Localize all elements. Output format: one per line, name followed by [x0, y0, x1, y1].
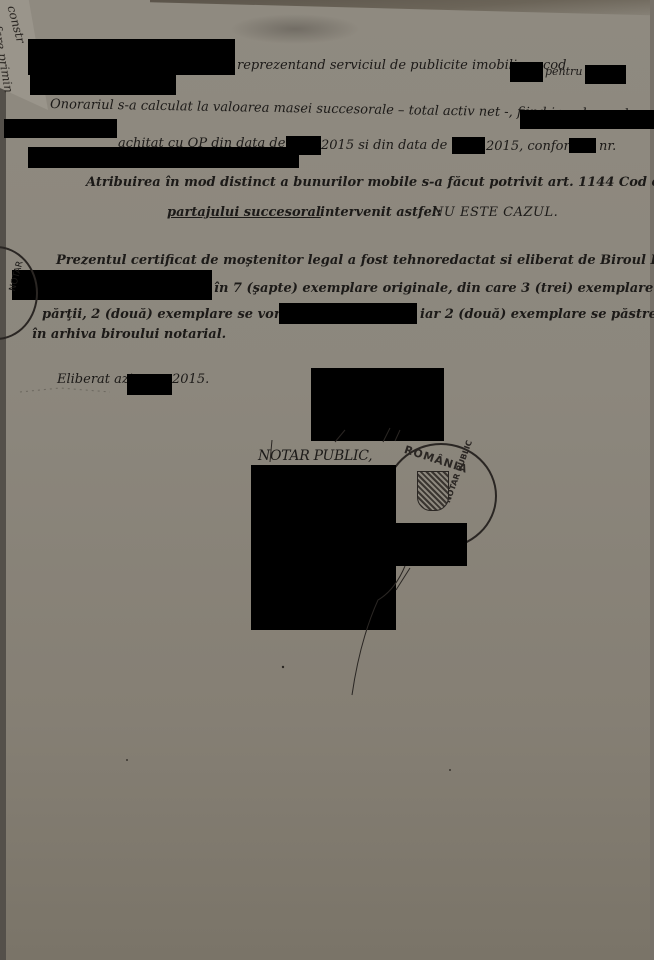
signature-stroke — [0, 0, 654, 960]
